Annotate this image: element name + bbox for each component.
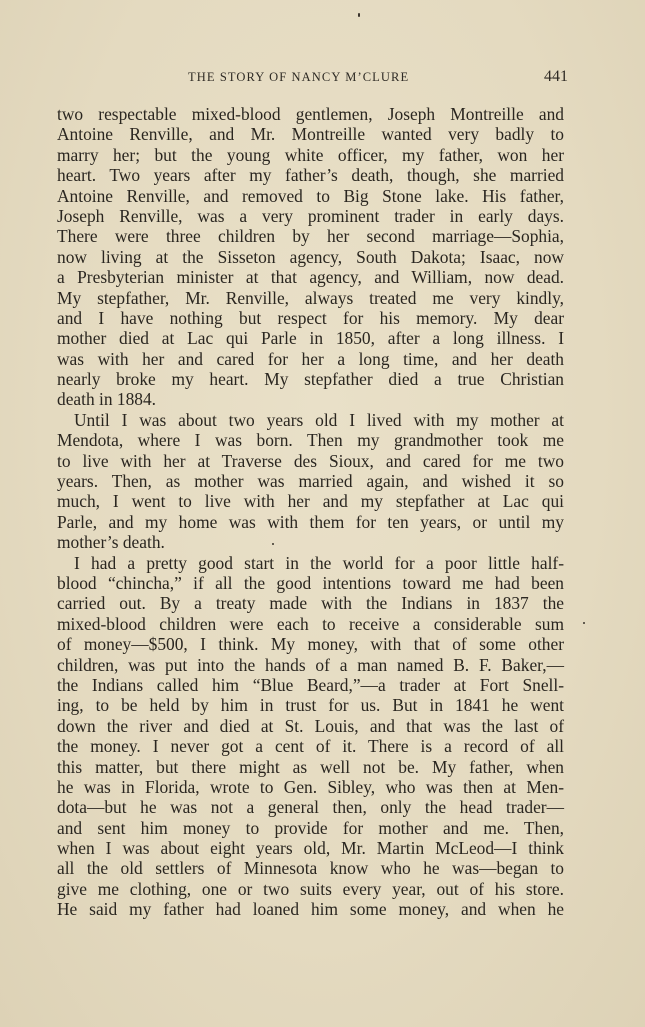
running-head: THE STORY OF NANCY M’CLURE: [188, 70, 409, 85]
text-line: children, was put into the hands of a ma…: [57, 655, 564, 675]
body-text: two respectable mixed-blood gentlemen, J…: [57, 104, 564, 920]
text-line: There were three children by her second …: [57, 226, 564, 246]
text-line: and sent him money to provide for mother…: [57, 818, 564, 838]
text-line: mother died at Lac qui Parle in 1850, af…: [57, 328, 564, 348]
text-line: the Indians called him “Blue Beard,”—a t…: [57, 675, 564, 695]
text-line: death in 1884.: [57, 389, 564, 409]
text-line: nearly broke my heart. My stepfather die…: [57, 369, 564, 389]
text-line: Parle, and my home was with them for ten…: [57, 512, 564, 532]
text-line: mother’s death.: [57, 532, 564, 552]
text-line: and I have nothing but respect for his m…: [57, 308, 564, 328]
text-line: My stepfather, Mr. Renville, always trea…: [57, 288, 564, 308]
text-line: He said my father had loaned him some mo…: [57, 899, 564, 919]
text-line: when I was about eight years old, Mr. Ma…: [57, 838, 564, 858]
text-line: Antoine Renville, and Mr. Montreille wan…: [57, 124, 564, 144]
paper-speck: [583, 622, 585, 624]
text-line: he was in Florida, wrote to Gen. Sibley,…: [57, 777, 564, 797]
text-line: give me clothing, one or two suits every…: [57, 879, 564, 899]
paper-speck: [272, 543, 274, 545]
text-line: I had a pretty good start in the world f…: [57, 553, 564, 573]
text-line: ing, to be held by him in trust for us. …: [57, 695, 564, 715]
page-number: 441: [544, 68, 568, 86]
text-line: now living at the Sisseton agency, South…: [57, 247, 564, 267]
book-page: THE STORY OF NANCY M’CLURE 441 two respe…: [0, 0, 645, 1027]
text-line: all the old settlers of Minnesota know w…: [57, 858, 564, 878]
text-line: blood “chincha,” if all the good intenti…: [57, 573, 564, 593]
text-line: a Presbyterian minister at that agency, …: [57, 267, 564, 287]
text-line: this matter, but there might as well not…: [57, 757, 564, 777]
paragraph-1: two respectable mixed-blood gentlemen, J…: [57, 104, 564, 410]
text-line: of money—$500, I think. My money, with t…: [57, 634, 564, 654]
text-line: years. Then, as mother was married again…: [57, 471, 564, 491]
text-line: Joseph Renville, was a very prominent tr…: [57, 206, 564, 226]
text-line: mixed-blood children were each to receiv…: [57, 614, 564, 634]
paper-speck: [358, 13, 360, 17]
page-header: THE STORY OF NANCY M’CLURE 441: [58, 70, 568, 90]
paragraph-2: Until I was about two years old I lived …: [57, 410, 564, 553]
text-line: dota—but he was not a general then, only…: [57, 797, 564, 817]
text-line: Antoine Renville, and removed to Big Sto…: [57, 186, 564, 206]
text-line: Until I was about two years old I lived …: [57, 410, 564, 430]
text-line: to live with her at Traverse des Sioux, …: [57, 451, 564, 471]
text-line: two respectable mixed-blood gentlemen, J…: [57, 104, 564, 124]
text-line: the money. I never got a cent of it. The…: [57, 736, 564, 756]
text-line: carried out. By a treaty made with the I…: [57, 593, 564, 613]
text-line: much, I went to live with her and my ste…: [57, 491, 564, 511]
text-line: down the river and died at St. Louis, an…: [57, 716, 564, 736]
text-line: heart. Two years after my father’s death…: [57, 165, 564, 185]
paragraph-3: I had a pretty good start in the world f…: [57, 553, 564, 920]
text-line: was with her and cared for her a long ti…: [57, 349, 564, 369]
text-line: marry her; but the young white officer, …: [57, 145, 564, 165]
text-line: Mendota, where I was born. Then my grand…: [57, 430, 564, 450]
